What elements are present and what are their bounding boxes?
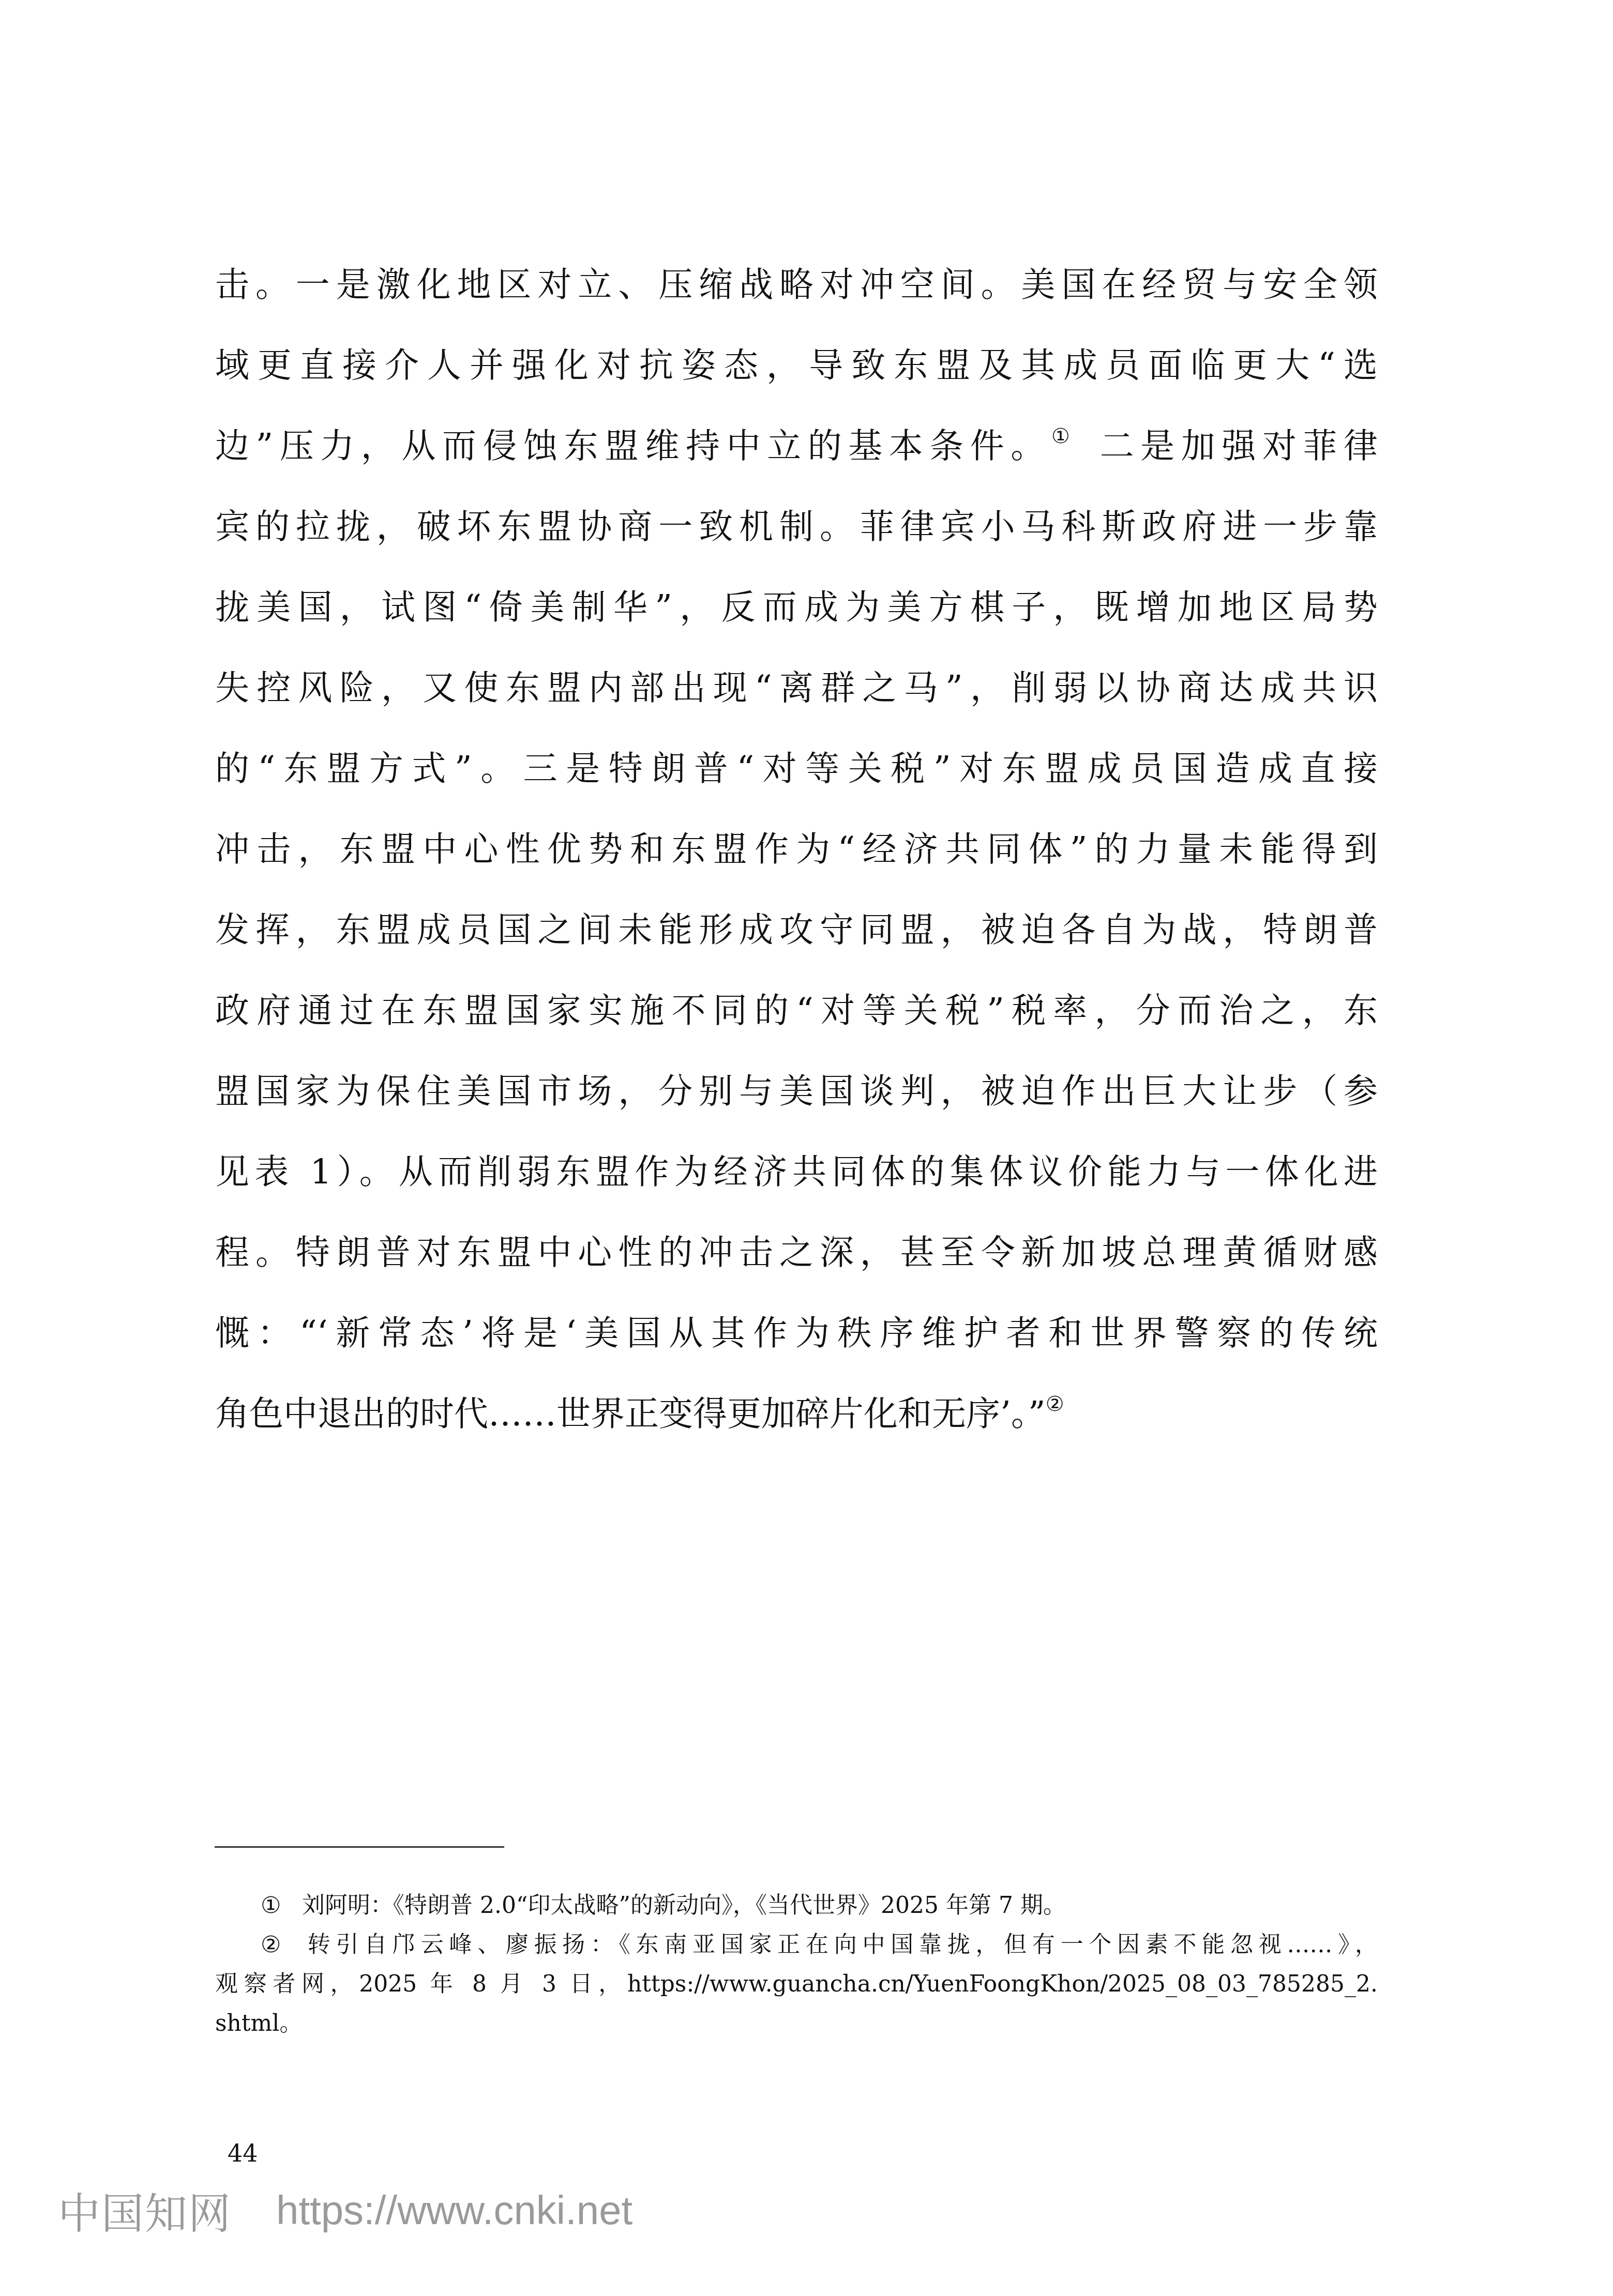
body-line-text: 发挥，东盟成员国之间未能形成攻守同盟，被迫各自为战，特朗普 <box>215 910 1378 950</box>
cnki-watermark: 中国知网 https://www.cnki.net <box>58 2184 632 2236</box>
body-line-7: 的“东盟方式”。三是特朗普“对等关税”对东盟成员国造成直接 <box>215 740 1378 821</box>
footnotes: ①刘阿明：《特朗普 2.0“印太战略”的新动向》，《当代世界》2025 年第 7… <box>215 1886 1378 2043</box>
body-line-11: 盟国家为保住美国市场，分别与美国谈判，被迫作出巨大让步（参 <box>215 1063 1378 1144</box>
document-page: 击。一是激化地区对立、压缩战略对冲空间。美国在经贸与安全领 域更直接介人并强化对… <box>0 0 1613 2296</box>
body-line-text: 慨：“‘新常态’将是‘美国从其作为秩序维护者和世界警察的传统 <box>215 1313 1378 1353</box>
body-line-text: 二是加强对菲律 <box>1093 426 1378 466</box>
body-line-3: 边”压力，从而侵蚀东盟维持中立的基本条件。① 二是加强对菲律 <box>215 418 1378 498</box>
footnote-2-continued: 观察者网，2025 年 8 月 3 日，https://www.guancha.… <box>215 1965 1378 2004</box>
body-line-9: 发挥，东盟成员国之间未能形成攻守同盟，被迫各自为战，特朗普 <box>215 902 1378 982</box>
body-line-text: 域更直接介人并强化对抗姿态，导致东盟及其成员面临更大“选 <box>215 345 1378 385</box>
body-line-2: 域更直接介人并强化对抗姿态，导致东盟及其成员面临更大“选 <box>215 337 1378 418</box>
footnote-2-text-line-1: 转引自邝云峰、廖振扬：《东南亚国家正在向中国靠拢，但有一个因素不能忽视……》， <box>302 1932 1378 1958</box>
footnote-2-continued-end: shtml。 <box>215 2004 1378 2043</box>
footnote-ref-2[interactable]: ② <box>1046 1392 1064 1416</box>
footnote-1-mark: ① <box>261 1886 302 1925</box>
body-line-text: 见表 1）。从而削弱东盟作为经济共同体的集体议价能力与一体化进 <box>215 1152 1378 1192</box>
body-line-1: 击。一是激化地区对立、压缩战略对冲空间。美国在经贸与安全领 <box>215 256 1378 337</box>
footnote-ref-1[interactable]: ① <box>1051 424 1076 448</box>
body-line-text: 边”压力，从而侵蚀东盟维持中立的基本条件。 <box>215 426 1051 466</box>
body-line-15: 角色中退出的时代……世界正变得更加碎片化和无序’。”② <box>215 1386 1378 1466</box>
footnote-2-text-line-2[interactable]: 观察者网，2025 年 8 月 3 日，https://www.guancha.… <box>215 1971 1378 1997</box>
body-line-8: 冲击，东盟中心性优势和东盟作为“经济共同体”的力量未能得到 <box>215 821 1378 902</box>
body-line-text: 政府通过在东盟国家实施不同的“对等关税”税率，分而治之，东 <box>215 991 1378 1030</box>
body-line-6: 失控风险，又使东盟内部出现“离群之马”，削弱以协商达成共识 <box>215 660 1378 740</box>
footnote-2: ②转引自邝云峰、廖振扬：《东南亚国家正在向中国靠拢，但有一个因素不能忽视……》， <box>215 1925 1378 1965</box>
body-line-text: 盟国家为保住美国市场，分别与美国谈判，被迫作出巨大让步（参 <box>215 1071 1378 1111</box>
body-line-text: 宾的拉拢，破坏东盟协商一致机制。菲律宾小马科斯政府进一步靠 <box>215 507 1378 546</box>
footnote-2-mark: ② <box>261 1925 302 1965</box>
body-line-text: 冲击，东盟中心性优势和东盟作为“经济共同体”的力量未能得到 <box>215 829 1378 869</box>
body-line-text: 击。一是激化地区对立、压缩战略对冲空间。美国在经贸与安全领 <box>215 265 1378 305</box>
watermark-brand: 中国知网 <box>58 2180 232 2241</box>
body-line-text: 程。特朗普对东盟中心性的冲击之深，甚至令新加坡总理黄循财感 <box>215 1233 1378 1272</box>
body-line-text: 拢美国，试图“倚美制华”，反而成为美方棋子，既增加地区局势 <box>215 587 1378 627</box>
body-line-4: 宾的拉拢，破坏东盟协商一致机制。菲律宾小马科斯政府进一步靠 <box>215 498 1378 579</box>
footnote-2-text-line-3[interactable]: shtml。 <box>215 2010 302 2036</box>
body-line-5: 拢美国，试图“倚美制华”，反而成为美方棋子，既增加地区局势 <box>215 579 1378 660</box>
body-line-text: 角色中退出的时代……世界正变得更加碎片化和无序’。” <box>215 1394 1046 1434</box>
page-number: 44 <box>228 2139 258 2167</box>
body-line-14: 慨：“‘新常态’将是‘美国从其作为秩序维护者和世界警察的传统 <box>215 1305 1378 1386</box>
body-line-13: 程。特朗普对东盟中心性的冲击之深，甚至令新加坡总理黄循财感 <box>215 1224 1378 1305</box>
footnote-1: ①刘阿明：《特朗普 2.0“印太战略”的新动向》，《当代世界》2025 年第 7… <box>215 1886 1378 1925</box>
body-line-text: 失控风险，又使东盟内部出现“离群之马”，削弱以协商达成共识 <box>215 668 1378 708</box>
watermark-url[interactable]: https://www.cnki.net <box>276 2187 632 2234</box>
body-line-12: 见表 1）。从而削弱东盟作为经济共同体的集体议价能力与一体化进 <box>215 1144 1378 1224</box>
body-text: 击。一是激化地区对立、压缩战略对冲空间。美国在经贸与安全领 域更直接介人并强化对… <box>215 256 1378 1466</box>
body-line-10: 政府通过在东盟国家实施不同的“对等关税”税率，分而治之，东 <box>215 982 1378 1063</box>
footnote-divider <box>215 1846 504 1848</box>
footnote-1-text: 刘阿明：《特朗普 2.0“印太战略”的新动向》，《当代世界》2025 年第 7 … <box>302 1892 1066 1919</box>
body-line-text: 的“东盟方式”。三是特朗普“对等关税”对东盟成员国造成直接 <box>215 749 1378 788</box>
